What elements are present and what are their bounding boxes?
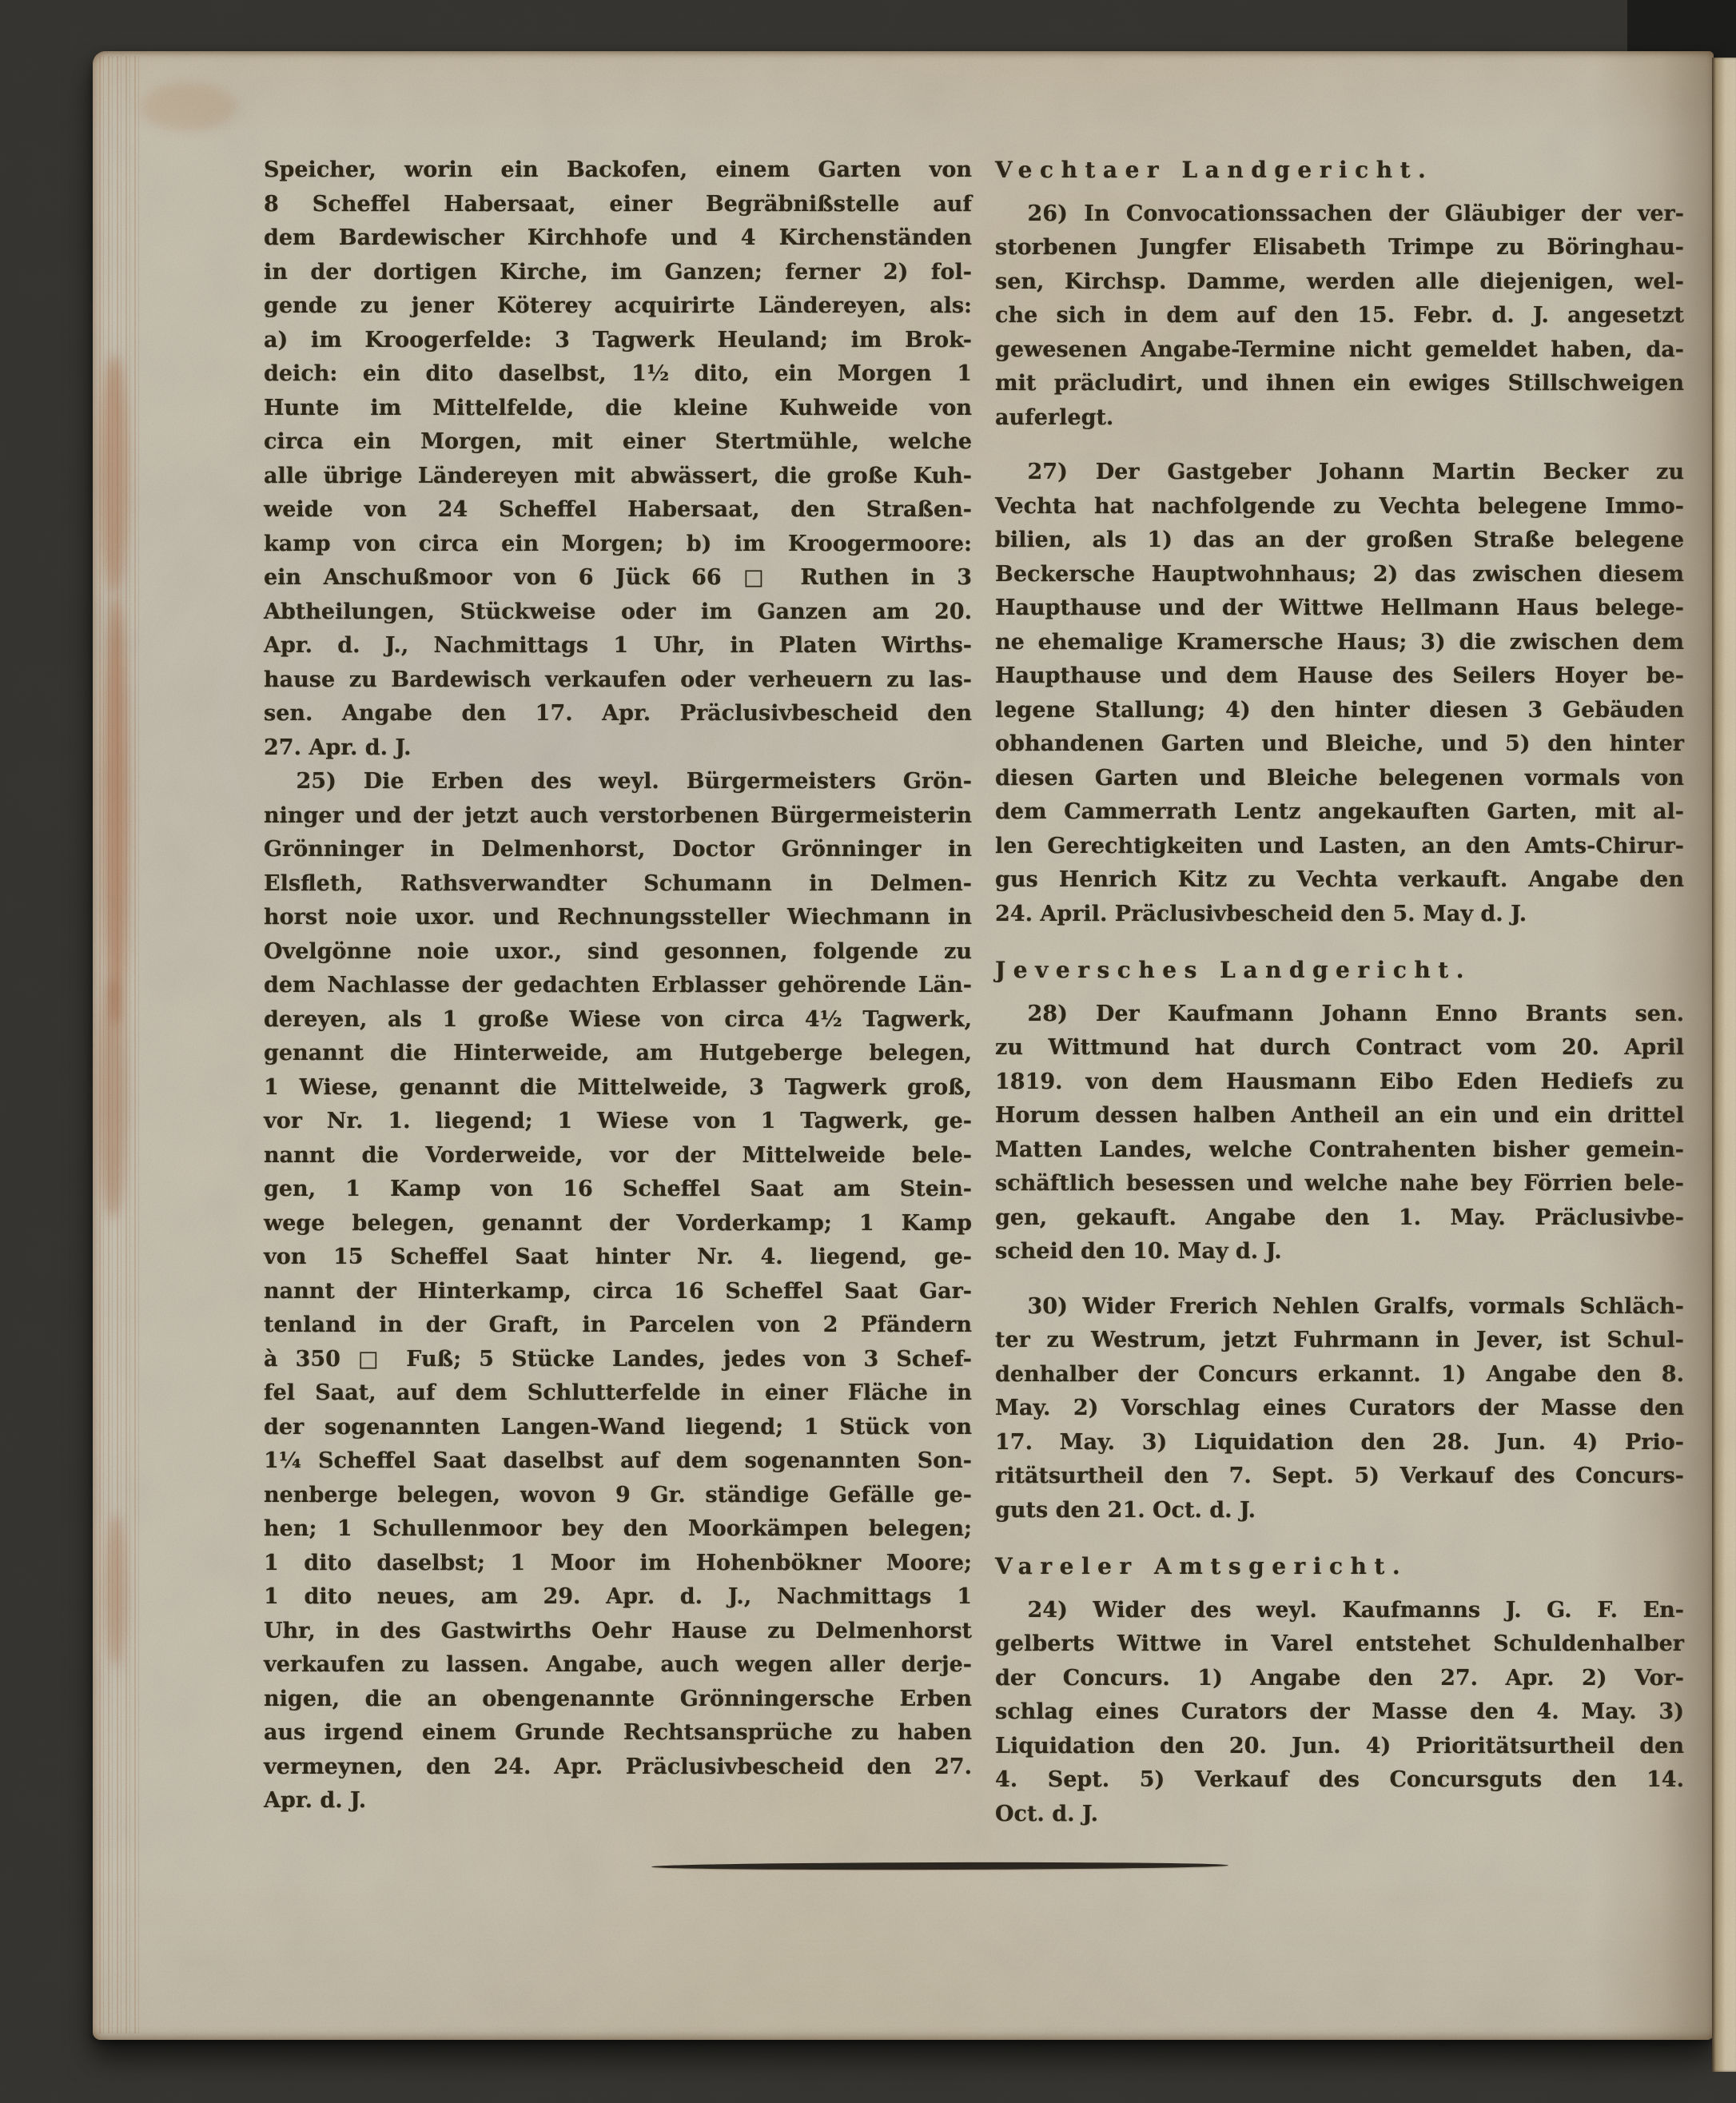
text-line: Apr. d. J. bbox=[264, 1784, 972, 1818]
text-line: aus irgend einem Grunde Rechtsansprüche … bbox=[264, 1716, 972, 1751]
text-line: 8 Scheffel Habersaat, einer Begräbnißste… bbox=[264, 188, 972, 222]
text-line: hause zu Bardewisch verkaufen oder verhe… bbox=[264, 663, 972, 698]
text-line: sen, Kirchsp. Damme, werden alle diejeni… bbox=[995, 265, 1684, 300]
text-line: Uhr, in des Gastwirths Oehr Hause zu Del… bbox=[264, 1615, 972, 1649]
text-line: der Concurs. 1) Angabe den 27. Apr. 2) V… bbox=[995, 1662, 1684, 1696]
text-line: ein Anschußmoor von 6 Jück 66 □ Ruthen i… bbox=[264, 561, 972, 595]
text-line: 1819. von dem Hausmann Eibo Eden Hediefs… bbox=[995, 1065, 1684, 1100]
text-line: Liquidation den 20. Jun. 4) Prioritätsur… bbox=[995, 1730, 1684, 1764]
edge-stain bbox=[101, 355, 128, 595]
text-line: 1 Wiese, genannt die Mittelweide, 3 Tagw… bbox=[264, 1071, 972, 1105]
right-text-column: Vechtaer Landgericht.26) In Convocations… bbox=[995, 153, 1684, 1831]
text-line: Beckersche Hauptwohnhaus; 2) das zwische… bbox=[995, 558, 1684, 592]
text-line: bilien, als 1) das an der großen Straße … bbox=[995, 524, 1684, 558]
text-line: Haupthause und dem Hause des Seilers Hoy… bbox=[995, 659, 1684, 694]
edge-stain bbox=[106, 1514, 126, 1666]
text-line: Apr. d. J., Nachmittags 1 Uhr, in Platen… bbox=[264, 629, 972, 663]
text-line: scheid den 10. May d. J. bbox=[995, 1235, 1684, 1269]
section-heading: Vareler Amtsgericht. bbox=[995, 1550, 1684, 1584]
text-line: Hunte im Mittelfelde, die kleine Kuhweid… bbox=[264, 392, 972, 426]
text-line: Matten Landes, welche Contrahenten bishe… bbox=[995, 1133, 1684, 1168]
text-line: vor Nr. 1. liegend; 1 Wiese von 1 Tagwer… bbox=[264, 1105, 972, 1139]
text-line: gelberts Wittwe in Varel entstehet Schul… bbox=[995, 1627, 1684, 1662]
text-line: 28) Der Kaufmann Johann Enno Brants sen. bbox=[995, 998, 1684, 1032]
text-line: gen, gekauft. Angabe den 1. May. Präclus… bbox=[995, 1201, 1684, 1236]
text-line: 25) Die Erben des weyl. Bürgermeisters G… bbox=[264, 765, 972, 799]
text-line: auferlegt. bbox=[995, 401, 1684, 436]
text-line: ne ehemalige Kramersche Haus; 3) die zwi… bbox=[995, 626, 1684, 660]
text-line: horst noie uxor. und Rechnungssteller Wi… bbox=[264, 901, 972, 935]
text-line: storbenen Jungfer Elisabeth Trimpe zu Bö… bbox=[995, 231, 1684, 265]
text-line: a) im Kroogerfelde: 3 Tagwerk Heuland; i… bbox=[264, 324, 972, 358]
text-line: kamp von circa ein Morgen; b) im Krooger… bbox=[264, 528, 972, 562]
text-line: gus Henrich Kitz zu Vechta verkauft. Ang… bbox=[995, 863, 1684, 898]
text-line: 1 dito neues, am 29. Apr. d. J., Nachmit… bbox=[264, 1580, 972, 1615]
text-line: Abtheilungen, Stückweise oder im Ganzen … bbox=[264, 595, 972, 630]
book-page: Speicher, worin ein Backofen, einem Gart… bbox=[93, 51, 1714, 2040]
text-line: legene Stallung; 4) den hinter diesen 3 … bbox=[995, 694, 1684, 728]
text-line: schlag eines Curators der Masse den 4. M… bbox=[995, 1695, 1684, 1730]
text-line: vermeynen, den 24. Apr. Präclusivbeschei… bbox=[264, 1751, 972, 1785]
text-line: schäftlich besessen und welche nahe bey … bbox=[995, 1167, 1684, 1201]
text-line: 17. May. 3) Liquidation den 28. Jun. 4) … bbox=[995, 1426, 1684, 1460]
text-line: genannt die Hinterweide, am Hutgeberge b… bbox=[264, 1037, 972, 1071]
text-line: weide von 24 Scheffel Habersaat, den Str… bbox=[264, 493, 972, 528]
text-line: nenberge belegen, wovon 9 Gr. ständige G… bbox=[264, 1479, 972, 1513]
text-line: wege belegen, genannt der Vorderkamp; 1 … bbox=[264, 1207, 972, 1241]
text-line: der sogenannten Langen-Wand liegend; 1 S… bbox=[264, 1411, 972, 1445]
separator-rule bbox=[651, 1862, 1228, 1870]
text-line: Grönninger in Delmenhorst, Doctor Grönni… bbox=[264, 833, 972, 867]
text-line: gen, 1 Kamp von 16 Scheffel Saat am Stei… bbox=[264, 1173, 972, 1207]
text-line: nigen, die an obengenannte Grönningersch… bbox=[264, 1683, 972, 1717]
text-line: 26) In Convocationssachen der Gläubiger … bbox=[995, 197, 1684, 232]
section-heading: Jeversches Landgericht. bbox=[995, 954, 1684, 988]
text-line: 24. April. Präclusivbescheid den 5. May … bbox=[995, 898, 1684, 932]
text-line: dem Cammerrath Lentz angekauften Garten,… bbox=[995, 795, 1684, 830]
text-line: len Gerechtigkeiten und Lasten, an den A… bbox=[995, 830, 1684, 864]
text-line: gewesenen Angabe-Termine nicht gemeldet … bbox=[995, 333, 1684, 368]
text-line: 27) Der Gastgeber Johann Martin Becker z… bbox=[995, 456, 1684, 490]
text-line: 1¼ Scheffel Saat daselbst auf dem sogena… bbox=[264, 1444, 972, 1479]
text-line: diesen Garten und Bleiche belegenen vorm… bbox=[995, 762, 1684, 796]
text-line: circa ein Morgen, mit einer Stertmühle, … bbox=[264, 425, 972, 460]
text-line: verkaufen zu lassen. Angabe, auch wegen … bbox=[264, 1648, 972, 1683]
text-line: 24) Wider des weyl. Kaufmanns J. G. F. E… bbox=[995, 1594, 1684, 1628]
text-line: alle übrige Ländereyen mit abwässert, di… bbox=[264, 460, 972, 494]
text-line: Vechta hat nachfolgende zu Vechta belege… bbox=[995, 490, 1684, 524]
text-line: sen. Angabe den 17. Apr. Präclusivbesche… bbox=[264, 697, 972, 731]
text-line: che sich in dem auf den 15. Febr. d. J. … bbox=[995, 299, 1684, 333]
text-line: dem Nachlasse der gedachten Erblasser ge… bbox=[264, 969, 972, 1003]
text-line: 30) Wider Frerich Nehlen Gralfs, vormals… bbox=[995, 1290, 1684, 1324]
text-line: May. 2) Vorschlag eines Curators der Mas… bbox=[995, 1392, 1684, 1426]
text-line: gende zu jener Köterey acquirirte Länder… bbox=[264, 289, 972, 324]
text-line: Haupthause und der Wittwe Hellmann Haus … bbox=[995, 591, 1684, 626]
edge-stain bbox=[99, 978, 126, 1218]
text-line: dem Bardewischer Kirchhofe und 4 Kirchen… bbox=[264, 221, 972, 256]
text-line: fel Saat, auf dem Schlutterfelde in eine… bbox=[264, 1376, 972, 1411]
text-line: von 15 Scheffel Saat hinter Nr. 4. liege… bbox=[264, 1241, 972, 1275]
text-line: Oct. d. J. bbox=[995, 1798, 1684, 1832]
edge-stain bbox=[104, 595, 128, 1026]
text-line: 1 dito daselbst; 1 Moor im Hohenbökner M… bbox=[264, 1547, 972, 1581]
left-text-column: Speicher, worin ein Backofen, einem Gart… bbox=[264, 153, 972, 1818]
text-line: hen; 1 Schullenmoor bey den Moorkämpen b… bbox=[264, 1512, 972, 1547]
text-line: zu Wittmund hat durch Contract vom 20. A… bbox=[995, 1031, 1684, 1065]
text-line: ninger und der jetzt auch verstorbenen B… bbox=[264, 799, 972, 834]
text-line: Elsfleth, Rathsverwandter Schumann in De… bbox=[264, 867, 972, 902]
text-line: dereyen, als 1 große Wiese von circa 4½ … bbox=[264, 1003, 972, 1038]
text-line: nannt der Hinterkamp, circa 16 Scheffel … bbox=[264, 1275, 972, 1309]
text-line: 27. Apr. d. J. bbox=[264, 731, 972, 766]
text-line: ritätsurtheil den 7. Sept. 5) Verkauf de… bbox=[995, 1460, 1684, 1494]
text-line: mit präcludirt, und ihnen ein ewiges Sti… bbox=[995, 367, 1684, 401]
edge-stain bbox=[141, 83, 237, 131]
text-line: nannt die Vorderweide, vor der Mittelwei… bbox=[264, 1139, 972, 1173]
text-line: tenland in der Graft, in Parcelen von 2 … bbox=[264, 1308, 972, 1343]
text-line: ter zu Westrum, jetzt Fuhrmann in Jever,… bbox=[995, 1324, 1684, 1358]
page-deckle-edge bbox=[99, 56, 139, 2033]
scanned-book-photo: Speicher, worin ein Backofen, einem Gart… bbox=[0, 0, 1736, 2103]
section-heading: Vechtaer Landgericht. bbox=[995, 153, 1684, 188]
text-line: denhalber der Concurs erkannt. 1) Angabe… bbox=[995, 1358, 1684, 1392]
text-line: in der dortigen Kirche, im Ganzen; ferne… bbox=[264, 256, 972, 290]
text-line: guts den 21. Oct. d. J. bbox=[995, 1494, 1684, 1528]
text-line: obhandenen Garten und Bleiche, und 5) de… bbox=[995, 727, 1684, 762]
text-line: Speicher, worin ein Backofen, einem Gart… bbox=[264, 153, 972, 188]
text-line: 4. Sept. 5) Verkauf des Concursguts den … bbox=[995, 1763, 1684, 1798]
text-line: Ovelgönne noie uxor., sind gesonnen, fol… bbox=[264, 935, 972, 970]
text-line: à 350 □ Fuß; 5 Stücke Landes, jedes von … bbox=[264, 1343, 972, 1377]
text-line: deich: ein dito daselbst, 1½ dito, ein M… bbox=[264, 357, 972, 392]
next-page-edge bbox=[1712, 58, 1736, 2072]
text-line: Horum dessen halben Antheil an ein und e… bbox=[995, 1099, 1684, 1133]
